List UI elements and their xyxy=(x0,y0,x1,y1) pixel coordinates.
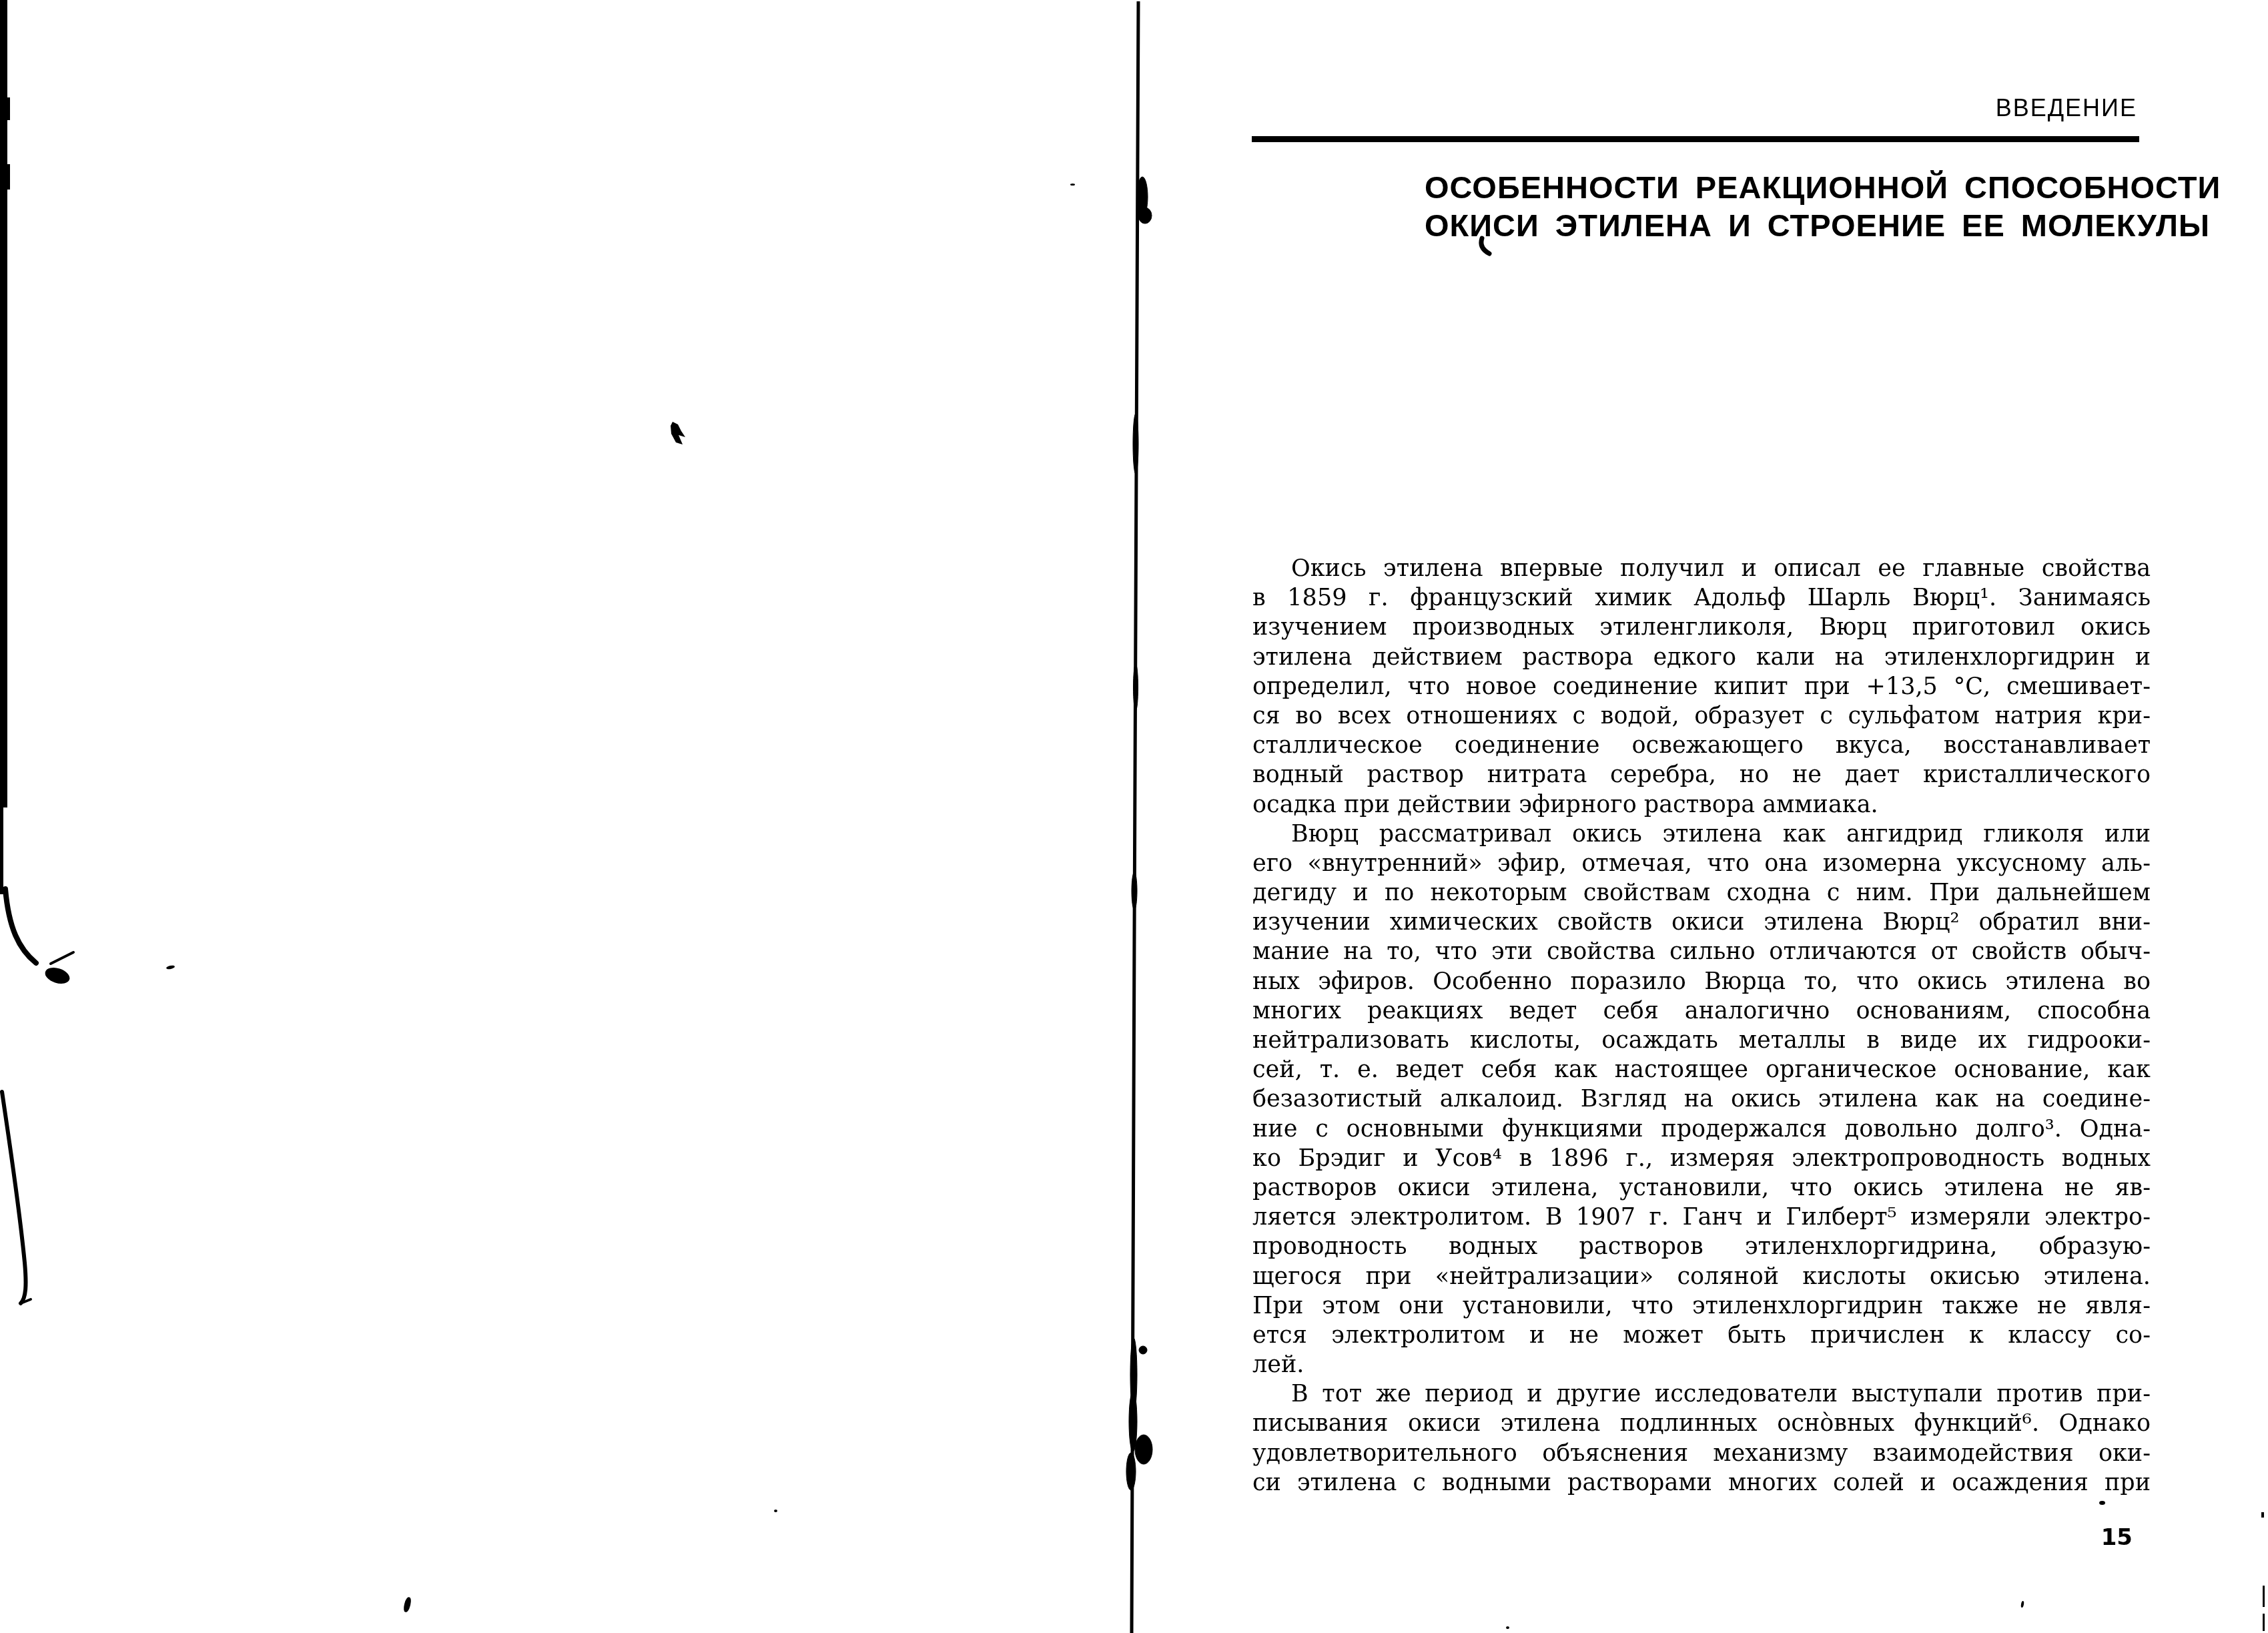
book-scan-spread: { "page": { "header_label": "ВВЕДЕНИЕ", … xyxy=(0,0,2268,1633)
text-line: В тот же период и другие исследователи в… xyxy=(1252,1379,2151,1409)
scan-edge-bar-taper xyxy=(0,806,3,894)
text-line: осадка при действии эфирного раствора ам… xyxy=(1252,790,2151,820)
text-line: изучением производных этиленгликоля, Вюр… xyxy=(1252,613,2151,642)
page-number: 15 xyxy=(2101,1524,2133,1551)
text-line: нейтрализовать кислоты, осаждать металлы… xyxy=(1252,1026,2151,1055)
scan-edge-tick xyxy=(2263,1586,2265,1607)
text-line: безазотистый алкалоид. Взгляд на окись э… xyxy=(1252,1084,2151,1114)
text-line: удовлетворительного объяснения механизму… xyxy=(1252,1439,2151,1468)
text-line: ко Брэдиг и Усов⁴ в 1896 г., измеряя эле… xyxy=(1252,1144,2151,1173)
text-line: в 1859 г. французский химик Адольф Шарль… xyxy=(1252,583,2151,613)
chapter-title-line-2: ОКИСИ ЭТИЛЕНА И СТРОЕНИЕ ЕЕ МОЛЕКУЛЫ xyxy=(1425,206,2155,244)
body-text: Окись этилена впервые получил и описал е… xyxy=(1252,554,2151,1498)
text-line: проводность водных растворов этиленхлорг… xyxy=(1252,1232,2151,1261)
text-line: Окись этилена впервые получил и описал е… xyxy=(1252,554,2151,583)
ink-speck xyxy=(1506,1626,1509,1629)
text-line: ние с основными функциями продержался до… xyxy=(1252,1114,2151,1144)
text-line: сей, т. е. ведет себя как настоящее орга… xyxy=(1252,1055,2151,1084)
text-line: растворов окиси этилена, установили, что… xyxy=(1252,1173,2151,1203)
text-line: ляется электролитом. В 1907 г. Ганч и Ги… xyxy=(1252,1203,2151,1232)
text-line: ется электролитом и не может быть причис… xyxy=(1252,1321,2151,1350)
text-line: этилена действием раствора едкого кали н… xyxy=(1252,643,2151,672)
scan-edge-bar-patch xyxy=(0,97,10,120)
text-line: определил, что новое соединение кипит пр… xyxy=(1252,672,2151,701)
scan-edge-bar xyxy=(0,0,7,807)
ink-speck xyxy=(774,1510,777,1512)
text-line: си этилена с водными растворами многих с… xyxy=(1252,1468,2151,1498)
text-line: ных эфиров. Особенно поразило Вюрца то, … xyxy=(1252,967,2151,996)
text-line: изучении химических свойств окиси этилен… xyxy=(1252,908,2151,937)
chapter-title: ОСОБЕННОСТИ РЕАКЦИОННОЙ СПОСОБНОСТИ ОКИС… xyxy=(1425,168,2155,244)
ink-speck xyxy=(1070,184,1075,186)
ink-speck xyxy=(2099,1501,2105,1505)
scan-edge-tick xyxy=(2261,1512,2264,1518)
text-line: водный раствор нитрата серебра, но не да… xyxy=(1252,760,2151,789)
text-line: писывания окиси этилена подлинных осно̀в… xyxy=(1252,1409,2151,1438)
text-line: Вюрц рассматривал окись этилена как анги… xyxy=(1252,820,2151,849)
text-line: лей. xyxy=(1252,1350,2151,1379)
scan-edge-bar-patch xyxy=(0,164,10,190)
text-line: сталлическое соединение освежающего вкус… xyxy=(1252,731,2151,760)
text-line: При этом они установили, что этиленхлорг… xyxy=(1252,1291,2151,1321)
text-line: дегиду и по некоторым свойствам сходна с… xyxy=(1252,878,2151,908)
text-line: его «внутренний» эфир, отмечая, что она … xyxy=(1252,849,2151,878)
chapter-title-line-1: ОСОБЕННОСТИ РЕАКЦИОННОЙ СПОСОБНОСТИ xyxy=(1425,168,2155,206)
scan-edge-tick xyxy=(2263,1614,2265,1631)
running-header: ВВЕДЕНИЕ xyxy=(1996,94,2137,122)
text-line: щегося при «нейтрализации» соляной кисло… xyxy=(1252,1262,2151,1291)
text-line: ся во всех отношениях с водой, образует … xyxy=(1252,701,2151,731)
text-line: мание на то, что эти свойства сильно отл… xyxy=(1252,937,2151,966)
left-page xyxy=(0,0,1134,1633)
header-rule xyxy=(1252,136,2139,142)
text-line: многих реакциях ведет себя аналогично ос… xyxy=(1252,996,2151,1026)
